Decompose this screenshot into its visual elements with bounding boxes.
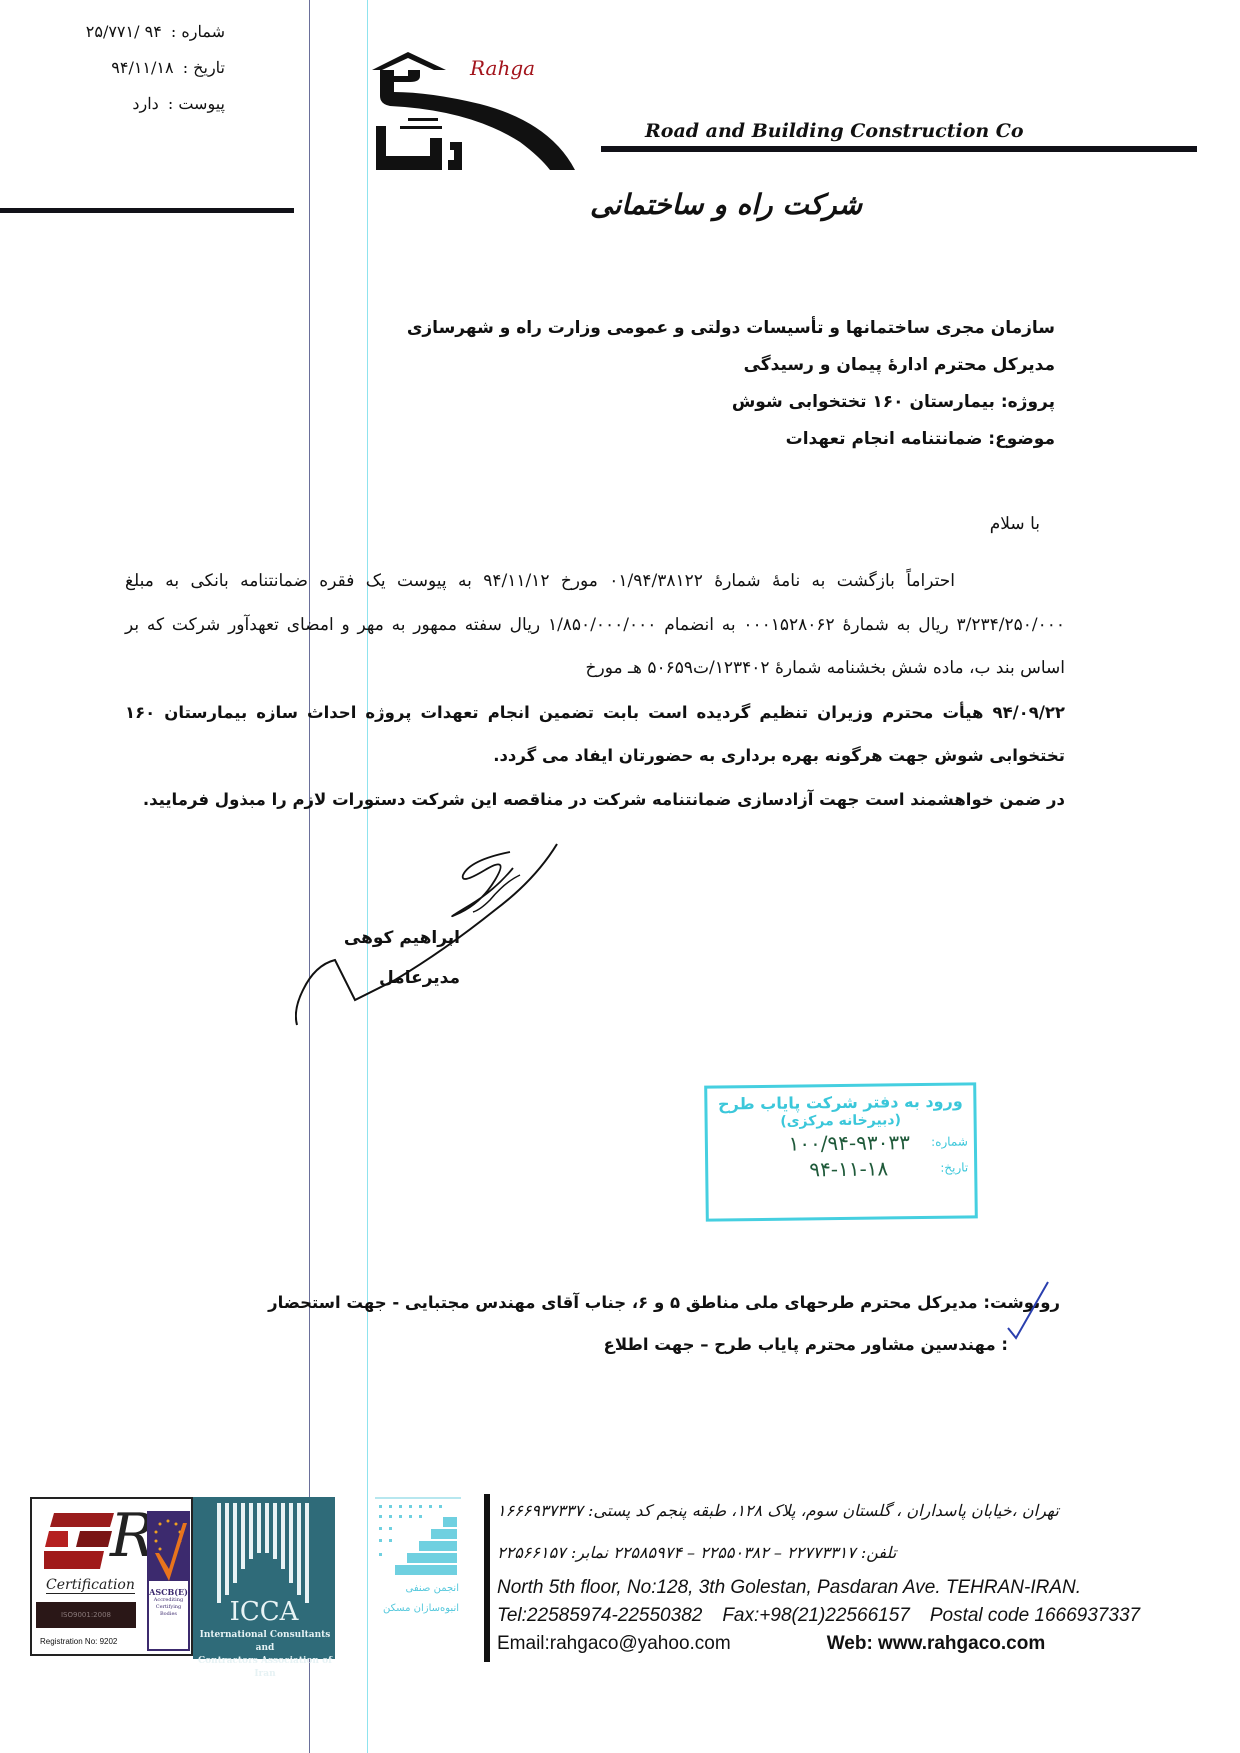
cfr-registration: Registration No: 9202 bbox=[40, 1637, 117, 1646]
contact-numbers: Tel:22585974-22550382Fax:+98(21)22566157… bbox=[497, 1602, 1197, 1630]
email-link[interactable]: Email:rahgaco@yahoo.com bbox=[497, 1633, 731, 1654]
postal-code: Postal code 1666937337 bbox=[930, 1605, 1140, 1626]
greeting: با سلام bbox=[990, 514, 1040, 534]
cc-block: رونوشت: مدیرکل محترم طرحهای ملی مناطق ۵ … bbox=[268, 1282, 1060, 1366]
addressee-subject: موضوع: ضمانتنامه انجام تعهدات bbox=[407, 421, 1055, 458]
body-paragraph-3: در ضمن خواهشمند است جهت آزادسازی ضمانتنا… bbox=[125, 778, 1065, 822]
cfr-blocks-icon bbox=[44, 1513, 114, 1573]
header-rule-right bbox=[601, 146, 1197, 152]
icca-subtitle-line-2: Contractors Association of Iran bbox=[195, 1655, 335, 1681]
ascb-logo: ASCB(E) Accrediting Certifying Bodies bbox=[147, 1511, 190, 1651]
header-rule-left bbox=[0, 208, 294, 213]
stamp-date-value: ۹۴-۱۱-۱۸ bbox=[809, 1156, 888, 1181]
phone-fa-text: تلفن: ۲۲۷۷۳۳۱۷ – ۲۲۵۵۰۳۸۲ – ۲۲۵۸۵۹۷۴ نما… bbox=[497, 1532, 896, 1574]
letter-date: تاریخ : ۹۴/۱۱/۱۸ bbox=[55, 58, 225, 94]
checkmark-icon bbox=[1000, 1280, 1060, 1340]
stamp-title: ورود به دفتر شرکت پایاب طرح bbox=[707, 1091, 973, 1113]
letter-date-value: ۹۴/۱۱/۱۸ bbox=[111, 58, 173, 77]
anbooh-line-1: انجمن صنفی bbox=[406, 1583, 460, 1594]
company-name-en: Road and Building Construction Co bbox=[645, 120, 1024, 142]
body-paragraph-2: ۹۴/۰۹/۲۲ هیأت محترم وزیران تنظیم گردیده … bbox=[125, 691, 1065, 778]
fax: Fax:+98(21)22566157 bbox=[722, 1605, 910, 1626]
website-link[interactable]: Web: www.rahgaco.com bbox=[827, 1633, 1046, 1654]
addressee-project: پروژه: بیمارستان ۱۶۰ تختخوابی شوش bbox=[407, 384, 1055, 421]
address-fa: تهران ،خیابان پاسداران ، گلستان سوم، پلا… bbox=[497, 1490, 1197, 1532]
cfr-standard: ISO9001:2008 bbox=[36, 1602, 136, 1628]
ascb-stars-icon bbox=[149, 1513, 188, 1581]
tel: Tel:22585974-22550382 bbox=[497, 1605, 702, 1626]
stamp-number-label: شماره: bbox=[918, 1134, 968, 1149]
letter-meta: شماره : ۹۴ /۲۵/۷۷۱ تاریخ : ۹۴/۱۱/۱۸ پیوس… bbox=[55, 22, 225, 130]
letter-attachment-label: پیوست : bbox=[168, 94, 225, 113]
logo-text-en: Rahga bbox=[470, 56, 535, 80]
letter-attachment: پیوست : دارد bbox=[55, 94, 225, 130]
company-address: تهران ،خیابان پاسداران ، گلستان سوم، پلا… bbox=[497, 1490, 1197, 1658]
stamp-number-row: شماره: ۱۰۰/۹۴-۹۳۰۳۳ bbox=[708, 1129, 974, 1156]
cfr-certification-logo: R Certification ISO9001:2008 Registratio… bbox=[30, 1497, 193, 1656]
letter-number-value: ۹۴ /۲۵/۷۷۱ bbox=[86, 22, 162, 41]
stamp-date-row: تاریخ: ۹۴-۱۱-۱۸ bbox=[708, 1155, 974, 1182]
receipt-stamp: ورود به دفتر شرکت پایاب طرح (دبیرخانه مر… bbox=[704, 1082, 978, 1221]
addressee-block: سازمان مجری ساختمانها و تأسیسات دولتی و … bbox=[407, 310, 1055, 458]
anbooh-line-2: انبوه‌سازان مسکن bbox=[383, 1603, 459, 1614]
cc-recipient-1: مدیرکل محترم طرحهای ملی مناطق ۵ و ۶، جنا… bbox=[268, 1293, 978, 1312]
building-grid-icon bbox=[375, 1497, 461, 1577]
icca-logo: ICCA International Consultants and Contr… bbox=[193, 1497, 335, 1659]
cc-line-1: رونوشت: مدیرکل محترم طرحهای ملی مناطق ۵ … bbox=[268, 1282, 1060, 1324]
letter-body: احتراماً بازگشت به نامهٔ شمارهٔ ۰۱/۹۴/۳۸… bbox=[125, 560, 1065, 821]
stamp-date-label: تاریخ: bbox=[918, 1160, 968, 1175]
icca-subtitle: International Consultants and Contractor… bbox=[195, 1629, 335, 1681]
phone-fa: تلفن: ۲۲۷۷۳۳۱۷ – ۲۲۵۵۰۳۸۲ – ۲۲۵۸۵۹۷۴ نما… bbox=[497, 1532, 1197, 1574]
company-name-fa: شرکت راه و ساختمانی bbox=[590, 188, 862, 221]
stamp-number-value: ۱۰۰/۹۴-۹۳۰۳۳ bbox=[788, 1130, 910, 1155]
ascb-subtitle: Accrediting Certifying Bodies bbox=[149, 1597, 188, 1618]
cfr-label: Certification bbox=[46, 1577, 135, 1594]
anbooh-sazan-logo: انجمن صنفی انبوه‌سازان مسکن bbox=[365, 1497, 465, 1637]
stamp-subtitle: (دبیرخانه مرکزی) bbox=[708, 1111, 974, 1130]
signer-title: مدیرعامل bbox=[344, 958, 460, 998]
addressee-organization: سازمان مجری ساختمانها و تأسیسات دولتی و … bbox=[407, 310, 1055, 347]
address-fa-text: تهران ،خیابان پاسداران ، گلستان سوم، پلا… bbox=[497, 1490, 1059, 1532]
ascb-title: ASCB(E) bbox=[149, 1587, 188, 1597]
address-divider bbox=[484, 1494, 490, 1662]
letter-date-label: تاریخ : bbox=[183, 58, 225, 77]
icca-title: ICCA bbox=[193, 1597, 335, 1627]
address-en: North 5th floor, No:128, 3th Golestan, P… bbox=[497, 1574, 1197, 1602]
letter-attachment-value: دارد bbox=[132, 94, 158, 113]
body-paragraph-1: احتراماً بازگشت به نامهٔ شمارهٔ ۰۱/۹۴/۳۸… bbox=[125, 560, 1065, 691]
cc-recipient-2: : مهندسین مشاور محترم پایاب طرح – جهت اط… bbox=[268, 1324, 1060, 1366]
contact-web: Email:rahgaco@yahoo.comWeb: www.rahgaco.… bbox=[497, 1630, 1197, 1658]
addressee-recipient: مدیرکل محترم ادارهٔ پیمان و رسیدگی bbox=[407, 347, 1055, 384]
ascb-stars bbox=[149, 1513, 188, 1581]
signer-name: ابراهیم کوهی bbox=[344, 918, 460, 958]
letter-number: شماره : ۹۴ /۲۵/۷۷۱ bbox=[55, 22, 225, 58]
signer-block: ابراهیم کوهی مدیرعامل bbox=[344, 918, 460, 998]
icca-subtitle-line-1: International Consultants and bbox=[195, 1629, 335, 1655]
letter-number-label: شماره : bbox=[171, 22, 225, 41]
